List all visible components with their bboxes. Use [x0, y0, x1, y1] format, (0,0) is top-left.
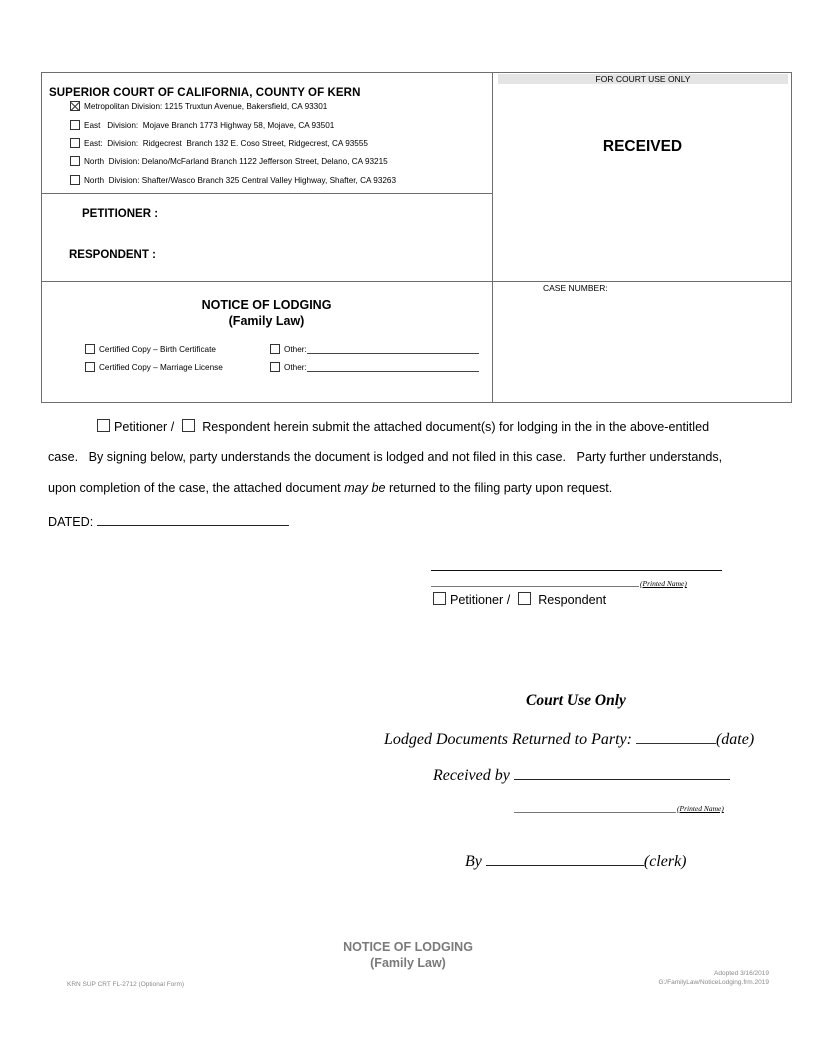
option-other-1[interactable]: Other:: [270, 344, 479, 354]
returned-date-suffix: (date): [716, 731, 754, 748]
body-line-3: upon completion of the case, the attache…: [48, 481, 612, 495]
division-label: North Division: Delano/McFarland Branch …: [84, 157, 388, 166]
division-label: Metropolitan Division: 1215 Truxtun Aven…: [84, 102, 327, 111]
body-line-3-end: returned to the filing party upon reques…: [385, 481, 612, 495]
division-label: North Division: Shafter/Wasco Branch 325…: [84, 176, 396, 185]
body-line-2: case. By signing below, party understand…: [48, 450, 722, 464]
body-line-3-start: upon completion of the case, the attache…: [48, 481, 344, 495]
division-option-delano[interactable]: North Division: Delano/McFarland Branch …: [70, 156, 388, 166]
clerk-input[interactable]: [486, 851, 644, 866]
received-by-printed-name-label: (Printed Name): [677, 804, 724, 813]
court-use-only-heading: Court Use Only: [526, 692, 626, 710]
checkbox-icon[interactable]: [70, 120, 80, 130]
division-option-mojave[interactable]: East Division: Mojave Branch 1773 Highwa…: [70, 120, 334, 130]
checkbox-icon[interactable]: [70, 156, 80, 166]
footer-title-subtitle: (Family Law): [300, 955, 516, 971]
submission-text: herein submit the attached document(s) f…: [274, 420, 709, 434]
received-by-printed-name-input[interactable]: [514, 812, 676, 813]
division-label: East: Division: Ridgecrest Branch 132 E.…: [84, 139, 368, 148]
submission-line: Petitioner / Respondent herein submit th…: [97, 419, 709, 434]
body-line-3-emphasis: may be: [344, 481, 385, 495]
dated-label: DATED:: [48, 515, 93, 529]
other-1-input[interactable]: [307, 344, 479, 354]
signature-line[interactable]: [431, 570, 722, 571]
option-other-2[interactable]: Other:: [270, 362, 479, 372]
form-title: NOTICE OF LODGING (Family Law): [41, 297, 492, 329]
court-use-header: FOR COURT USE ONLY: [498, 74, 788, 84]
case-number-label: CASE NUMBER:: [543, 283, 608, 293]
court-name: SUPERIOR COURT OF CALIFORNIA, COUNTY OF …: [49, 87, 361, 99]
printed-name-input[interactable]: [431, 586, 639, 587]
received-stamp: RECEIVED: [493, 138, 792, 156]
checkbox-icon[interactable]: [270, 344, 280, 354]
petitioner-option-label: Petitioner /: [114, 420, 174, 434]
checkbox-icon[interactable]: [270, 362, 280, 372]
lodged-returned-label: Lodged Documents Returned to Party:: [384, 731, 632, 748]
signer-petitioner-checkbox-icon[interactable]: [433, 592, 446, 605]
signer-role-row: Petitioner / Respondent: [433, 592, 606, 607]
dated-row: DATED:: [48, 512, 289, 529]
division-option-metropolitan[interactable]: Metropolitan Division: 1215 Truxtun Aven…: [70, 101, 327, 111]
option-label: Other:: [284, 345, 307, 354]
clerk-row: By (clerk): [465, 851, 687, 871]
footer-adopted: Adopted 3/16/2019: [600, 969, 769, 978]
returned-date-input[interactable]: [636, 729, 716, 744]
option-birth-certificate[interactable]: Certified Copy – Birth Certificate: [85, 344, 216, 354]
footer-file-path: G:/FamilyLaw/NoticeLodging.frm.2019: [600, 978, 769, 987]
footer-form-id: KRN SUP CRT FL-2712 (Optional Form): [67, 981, 184, 988]
checkbox-checked-icon[interactable]: [70, 101, 80, 111]
lodged-returned-row: Lodged Documents Returned to Party: (dat…: [384, 729, 754, 749]
signer-respondent-label: Respondent: [538, 593, 606, 607]
checkbox-icon[interactable]: [85, 362, 95, 372]
form-title-subtitle: (Family Law): [41, 313, 492, 329]
division-label: East Division: Mojave Branch 1773 Highwa…: [84, 121, 334, 130]
option-marriage-license[interactable]: Certified Copy – Marriage License: [85, 362, 223, 372]
received-by-label: Received by: [433, 767, 510, 784]
printed-name-label: (Printed Name): [640, 579, 687, 588]
dated-input[interactable]: [97, 512, 289, 526]
footer-meta: Adopted 3/16/2019 G:/FamilyLaw/NoticeLod…: [600, 969, 769, 987]
caption-vertical-divider: [492, 72, 493, 403]
clerk-suffix: (clerk): [644, 853, 687, 870]
option-label: Other:: [284, 363, 307, 372]
footer-title-main: NOTICE OF LODGING: [300, 939, 516, 955]
by-label: By: [465, 853, 482, 870]
signer-respondent-checkbox-icon[interactable]: [518, 592, 531, 605]
caption-divider-title: [41, 281, 792, 282]
respondent-option-label: Respondent: [202, 420, 270, 434]
division-option-shafter[interactable]: North Division: Shafter/Wasco Branch 325…: [70, 175, 396, 185]
division-option-ridgecrest[interactable]: East: Division: Ridgecrest Branch 132 E.…: [70, 138, 368, 148]
received-by-input[interactable]: [514, 765, 730, 780]
checkbox-icon[interactable]: [70, 175, 80, 185]
caption-divider-court-parties: [41, 193, 492, 194]
checkbox-icon[interactable]: [85, 344, 95, 354]
received-by-row: Received by: [433, 765, 730, 785]
checkbox-icon[interactable]: [70, 138, 80, 148]
option-label: Certified Copy – Marriage License: [99, 363, 223, 372]
respondent-checkbox-icon[interactable]: [182, 419, 195, 432]
footer-title: NOTICE OF LODGING (Family Law): [300, 939, 516, 971]
option-label: Certified Copy – Birth Certificate: [99, 345, 216, 354]
respondent-label: RESPONDENT :: [69, 249, 156, 261]
other-2-input[interactable]: [307, 362, 479, 372]
form-title-main: NOTICE OF LODGING: [41, 297, 492, 313]
petitioner-checkbox-icon[interactable]: [97, 419, 110, 432]
signer-petitioner-label: Petitioner /: [450, 593, 510, 607]
petitioner-label: PETITIONER :: [82, 208, 158, 220]
